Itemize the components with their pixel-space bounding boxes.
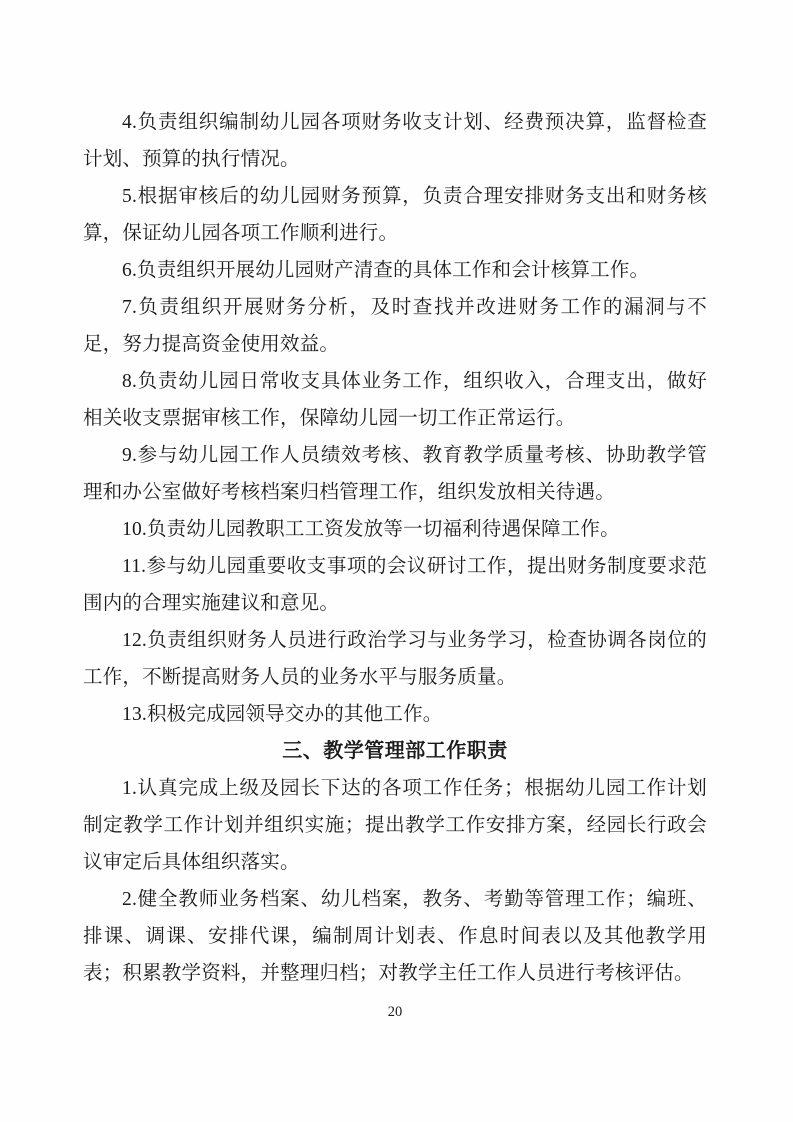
paragraph-finance-12: 12.负责组织财务人员进行政治学习与业务学习，检查协调各岗位的工作，不断提高财务…: [83, 622, 707, 696]
document-page: 4.负责组织编制幼儿园各项财务收支计划、经费预决算，监督检查计划、预算的执行情况…: [0, 0, 793, 1122]
page-body-text: 4.负责组织编制幼儿园各项财务收支计划、经费预决算，监督检查计划、预算的执行情况…: [83, 104, 707, 992]
paragraph-finance-4: 4.负责组织编制幼儿园各项财务收支计划、经费预决算，监督检查计划、预算的执行情况…: [83, 104, 707, 178]
paragraph-finance-6: 6.负责组织开展幼儿园财产清查的具体工作和会计核算工作。: [83, 252, 707, 289]
section-heading-teaching-dept: 三、教学管理部工作职责: [83, 733, 707, 770]
page-number: 20: [83, 1002, 707, 1022]
paragraph-finance-5: 5.根据审核后的幼儿园财务预算，负责合理安排财务支出和财务核算，保证幼儿园各项工…: [83, 178, 707, 252]
paragraph-finance-7: 7.负责组织开展财务分析，及时查找并改进财务工作的漏洞与不足，努力提高资金使用效…: [83, 289, 707, 363]
paragraph-finance-11: 11.参与幼儿园重要收支事项的会议研讨工作，提出财务制度要求范围内的合理实施建议…: [83, 548, 707, 622]
paragraph-teaching-1: 1.认真完成上级及园长下达的各项工作任务；根据幼儿园工作计划制定教学工作计划并组…: [83, 770, 707, 881]
paragraph-finance-13: 13.积极完成园领导交办的其他工作。: [83, 696, 707, 733]
paragraph-finance-9: 9.参与幼儿园工作人员绩效考核、教育教学质量考核、协助教学管理和办公室做好考核档…: [83, 437, 707, 511]
paragraph-finance-8: 8.负责幼儿园日常收支具体业务工作，组织收入，合理支出，做好相关收支票据审核工作…: [83, 363, 707, 437]
paragraph-teaching-2: 2.健全教师业务档案、幼儿档案，教务、考勤等管理工作；编班、排课、调课、安排代课…: [83, 881, 707, 992]
paragraph-finance-10: 10.负责幼儿园教职工工资发放等一切福利待遇保障工作。: [83, 511, 707, 548]
